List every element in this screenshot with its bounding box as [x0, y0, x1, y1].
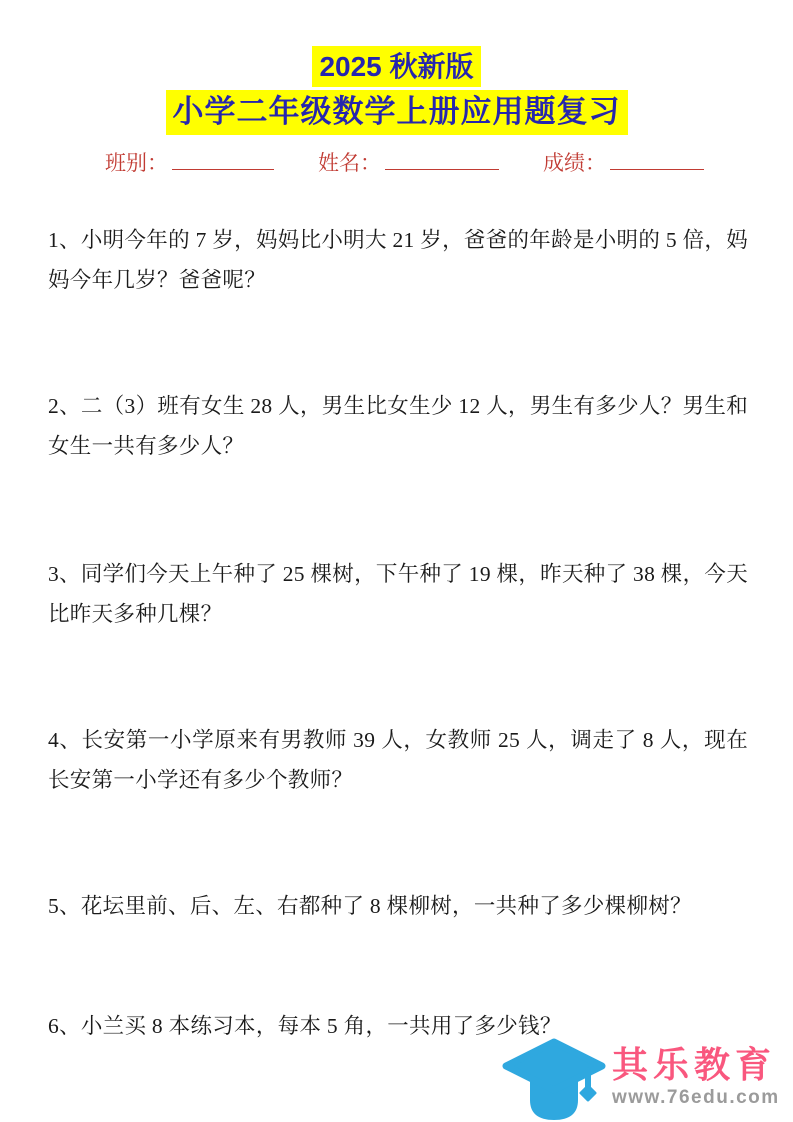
question-2: 2、二（3）班有女生 28 人，男生比女生少 12 人，男生有多少人？男生和女生… [48, 386, 748, 466]
student-info-row: 班别：姓名：成绩： [105, 147, 745, 177]
question-4: 4、长安第一小学原来有男教师 39 人，女教师 25 人，调走了 8 人，现在长… [48, 720, 748, 800]
name-field: 姓名： [318, 147, 499, 177]
score-field: 成绩： [543, 147, 704, 177]
brand-name: 其乐教育 [612, 1045, 780, 1085]
brand-logo: 其乐教育 www.76edu.com [502, 1038, 793, 1122]
name-field-label: 姓名： [318, 151, 381, 175]
title-line-2: 小学二年级数学上册应用题复习 [0, 90, 793, 135]
title-line-2-text: 小学二年级数学上册应用题复习 [166, 90, 628, 135]
class-field: 班别： [105, 147, 274, 177]
question-1: 1、小明今年的 7 岁，妈妈比小明大 21 岁，爸爸的年龄是小明的 5 倍，妈妈… [48, 220, 748, 300]
worksheet-page: 2025 秋新版 小学二年级数学上册应用题复习 班别：姓名：成绩： 1、小明今年… [0, 0, 793, 1122]
class-field-blank [172, 148, 274, 170]
question-5: 5、花坛里前、后、左、右都种了 8 棵柳树，一共种了多少棵柳树？ [48, 886, 748, 926]
score-field-blank [610, 148, 704, 170]
worksheet-title: 2025 秋新版 小学二年级数学上册应用题复习 [0, 46, 793, 138]
question-3: 3、同学们今天上午种了 25 棵树，下午种了 19 棵，昨天种了 38 棵，今天… [48, 554, 748, 634]
brand-url: www.76edu.com [612, 1087, 780, 1109]
title-line-1-text: 2025 秋新版 [312, 46, 480, 87]
score-field-label: 成绩： [543, 151, 606, 175]
graduation-cap-icon [502, 1038, 606, 1122]
title-line-1: 2025 秋新版 [0, 46, 793, 87]
name-field-blank [385, 148, 499, 170]
brand-text-box: 其乐教育 www.76edu.com [612, 1038, 780, 1109]
class-field-label: 班别： [105, 151, 168, 175]
